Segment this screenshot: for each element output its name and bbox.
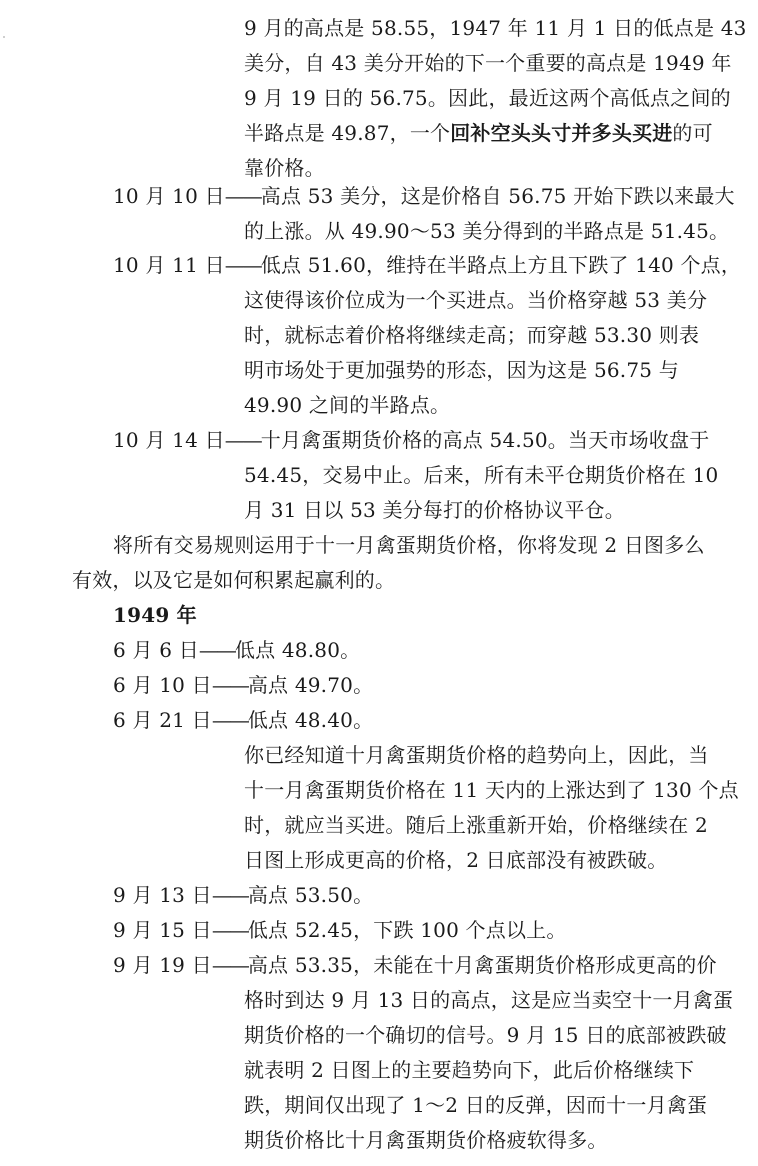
em-dash: —— (225, 426, 261, 454)
entry-date: 9 月 19 日 (113, 951, 212, 979)
entry-text: 低点 51.60，维持在半路点上方且下跌了 140 个点， (261, 253, 741, 277)
entry-first-line: 10 月 10 日——高点 53 美分，这是价格自 56.75 开始下跌以来最大 (113, 182, 735, 210)
em-dash: —— (225, 251, 261, 279)
text-line: 有效，以及它是如何积累起赢利的。 (72, 566, 395, 594)
text-line: 明市场处于更加强势的形态，因为这是 56.75 与 (244, 356, 679, 384)
text-line: 的上涨。从 49.90～53 美分得到的半路点是 51.45。 (244, 217, 729, 245)
entry-first-line: 9 月 13 日——高点 53.50。 (113, 881, 373, 909)
entry-first-line: 6 月 6 日——低点 48.80。 (113, 636, 360, 664)
em-dash: —— (212, 951, 248, 979)
entry-date: 6 月 10 日 (113, 671, 212, 699)
em-dash: —— (212, 706, 248, 734)
text-line: 美分，自 43 美分开始的下一个重要的高点是 1949 年 (244, 49, 732, 77)
entry-date: 6 月 21 日 (113, 706, 212, 734)
entry-text: 低点 48.40。 (248, 708, 373, 732)
text-line: 十一月禽蛋期货价格在 11 天内的上涨达到了 130 个点 (244, 776, 739, 804)
entry-date: 10 月 10 日 (113, 182, 225, 210)
text-line: 49.90 之间的半路点。 (244, 391, 450, 419)
entry-first-line: 9 月 15 日——低点 52.45，下跌 100 个点以上。 (113, 916, 567, 944)
em-dash: —— (212, 881, 248, 909)
text-line: 期货价格的一个确切的信号。9 月 15 日的底部被跌破 (244, 1021, 727, 1049)
text-line: 时，就应当买进。随后上涨重新开始，价格继续在 2 (244, 811, 708, 839)
text-line: 期货价格比十月禽蛋期货价格疲软得多。 (244, 1126, 608, 1154)
text-line: 半路点是 49.87，一个回补空头头寸并多头买进的可 (244, 119, 713, 147)
entry-date: 9 月 13 日 (113, 881, 212, 909)
text-line: 这使得该价位成为一个买进点。当价格穿越 53 美分 (244, 286, 707, 314)
text-line: 跌，期间仅出现了 1～2 日的反弹，因而十一月禽蛋 (244, 1091, 707, 1119)
text-span: 的可 (672, 121, 712, 145)
entry-date: 9 月 15 日 (113, 916, 212, 944)
scan-speck (3, 36, 5, 38)
entry-text: 高点 53 美分，这是价格自 56.75 开始下跌以来最大 (261, 184, 735, 208)
entry-text: 低点 48.80。 (235, 638, 360, 662)
text-line: 格时到达 9 月 13 日的高点，这是应当卖空十一月禽蛋 (244, 986, 733, 1014)
entry-text: 低点 52.45，下跌 100 个点以上。 (248, 918, 567, 942)
emphasis-phrase: 回补空头头寸并多头买进 (450, 121, 672, 145)
em-dash: —— (212, 916, 248, 944)
text-line: 将所有交易规则运用于十一月禽蛋期货价格，你将发现 2 日图多么 (113, 531, 705, 559)
em-dash: —— (212, 671, 248, 699)
text-line: 日图上形成更高的价格，2 日底部没有被跌破。 (244, 846, 667, 874)
text-line: 你已经知道十月禽蛋期货价格的趋势向上，因此，当 (244, 741, 709, 769)
entry-text: 高点 49.70。 (248, 673, 373, 697)
text-line: 时，就标志着价格将继续走高；而穿越 53.30 则表 (244, 321, 699, 349)
em-dash: —— (225, 182, 261, 210)
text-line: 就表明 2 日图上的主要趋势向下，此后价格继续下 (244, 1056, 694, 1084)
entry-first-line: 10 月 11 日——低点 51.60，维持在半路点上方且下跌了 140 个点， (113, 251, 741, 279)
entry-text: 高点 53.50。 (248, 883, 373, 907)
entry-first-line: 9 月 19 日——高点 53.35，未能在十月禽蛋期货价格形成更高的价 (113, 951, 717, 979)
entry-date: 6 月 6 日 (113, 636, 199, 664)
book-page: 9 月的高点是 58.55，1947 年 11 月 1 日的低点是 43 美分，… (0, 0, 758, 1166)
entry-first-line: 10 月 14 日——十月禽蛋期货价格的高点 54.50。当天市场收盘于 (113, 426, 709, 454)
entry-first-line: 6 月 21 日——低点 48.40。 (113, 706, 373, 734)
entry-date: 10 月 11 日 (113, 251, 225, 279)
entry-text: 十月禽蛋期货价格的高点 54.50。当天市场收盘于 (261, 428, 710, 452)
text-line: 54.45，交易中止。后来，所有未平仓期货价格在 10 (244, 461, 718, 489)
entry-date: 10 月 14 日 (113, 426, 225, 454)
entry-text: 高点 53.35，未能在十月禽蛋期货价格形成更高的价 (248, 953, 717, 977)
text-span: 半路点是 49.87，一个 (244, 121, 450, 145)
entry-first-line: 6 月 10 日——高点 49.70。 (113, 671, 373, 699)
text-line: 靠价格。 (244, 154, 325, 182)
em-dash: —— (199, 636, 235, 664)
text-line: 9 月 19 日的 56.75。因此，最近这两个高低点之间的 (244, 84, 731, 112)
text-line: 月 31 日以 53 美分每打的价格协议平仓。 (244, 496, 625, 524)
text-line: 9 月的高点是 58.55，1947 年 11 月 1 日的低点是 43 (244, 14, 747, 42)
section-heading: 1949 年 (113, 601, 197, 629)
